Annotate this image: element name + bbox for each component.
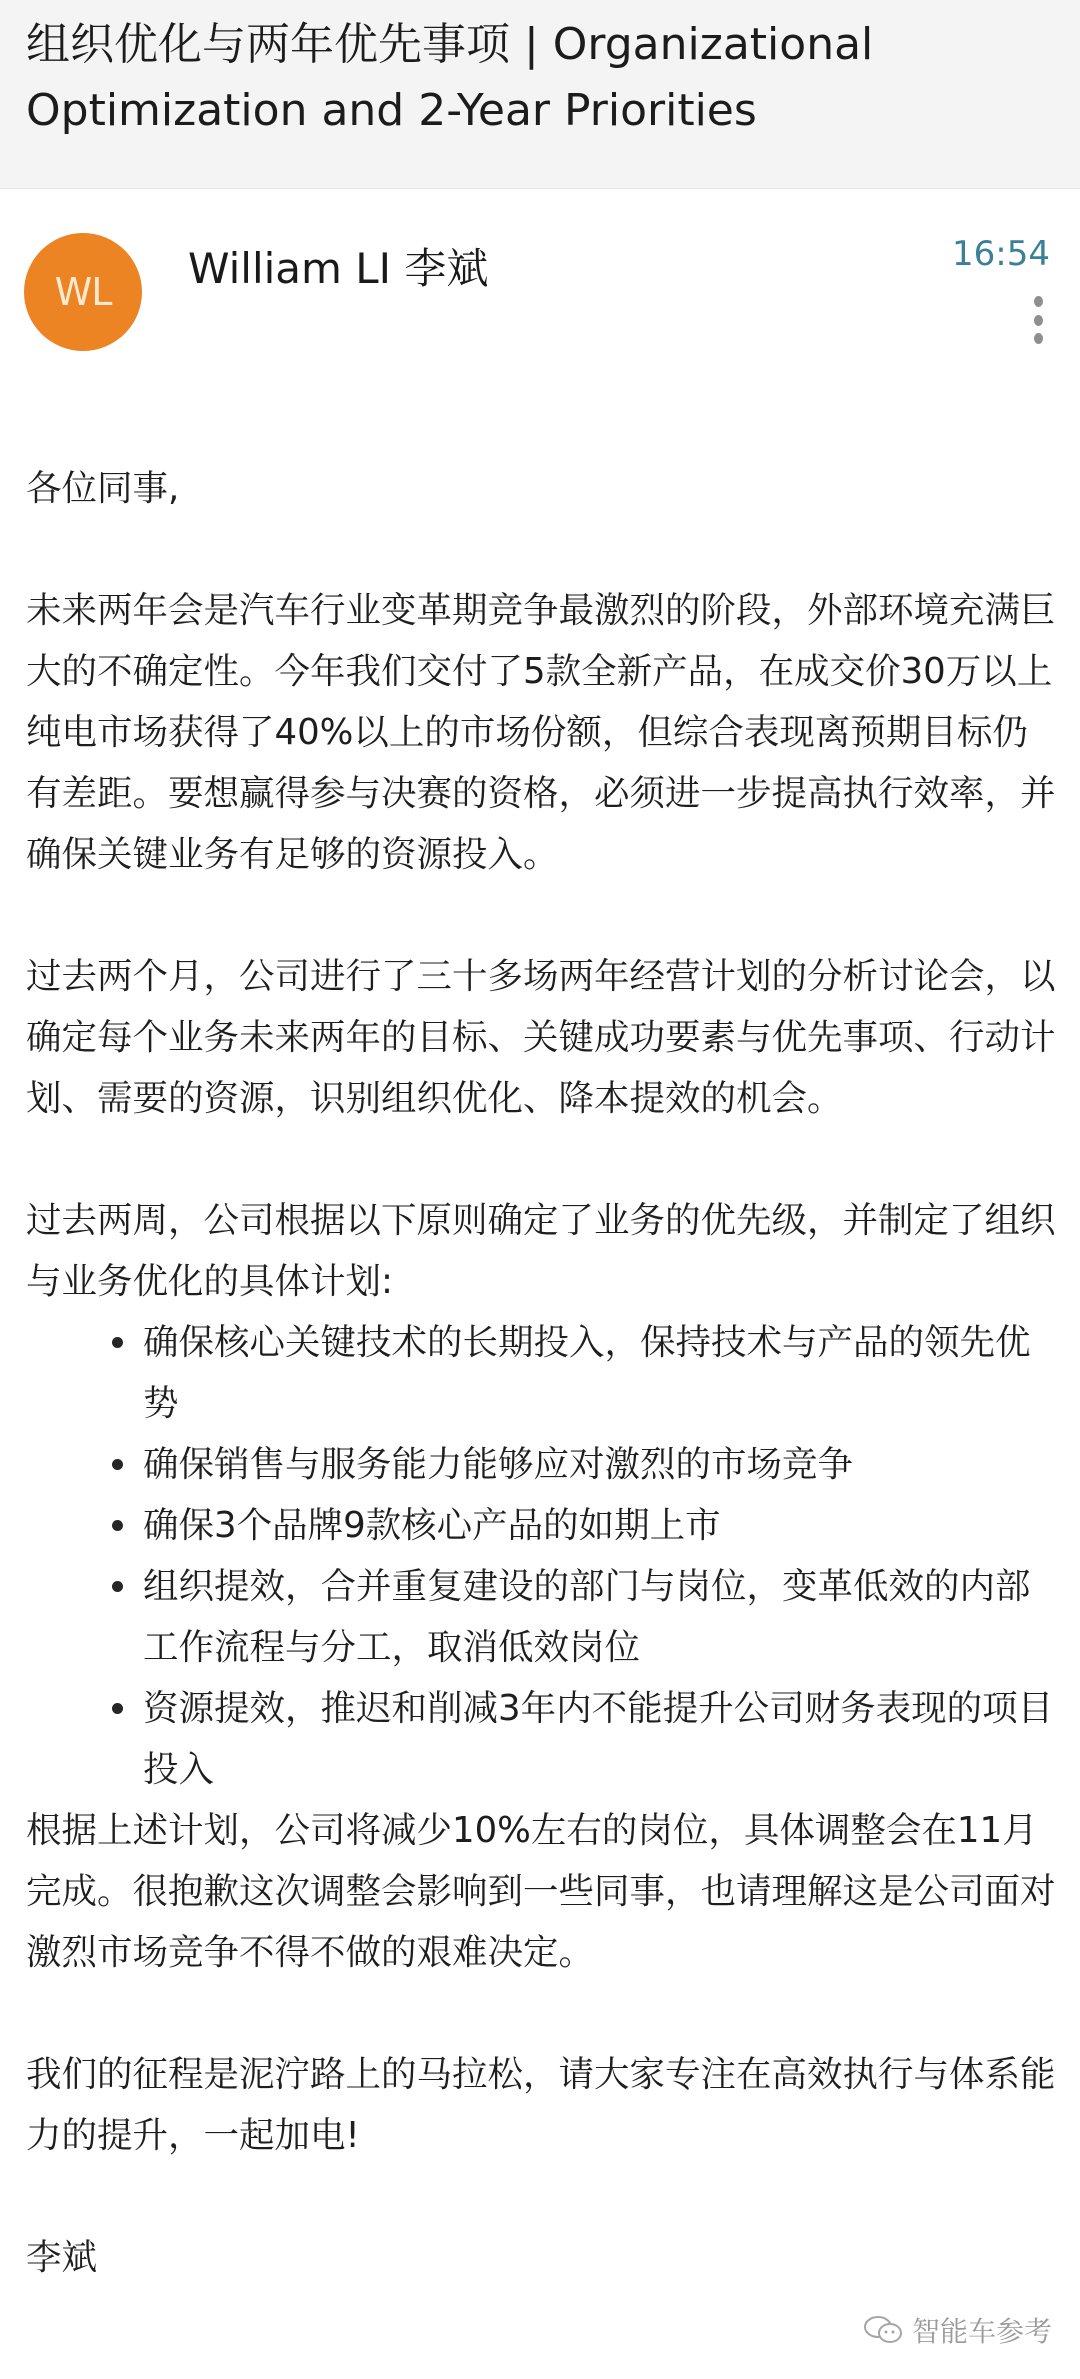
more-options-button[interactable] xyxy=(1030,296,1046,344)
watermark: 智能车参考 xyxy=(862,2310,1052,2350)
sender-name[interactable]: William LI 李斌 xyxy=(188,236,488,296)
paragraph: 过去两周，公司根据以下原则确定了业务的优先级，并制定了组织与业务优化的具体计划: xyxy=(26,1190,1056,1312)
wechat-icon xyxy=(862,2313,906,2347)
avatar[interactable]: WL xyxy=(24,233,142,351)
kebab-dot-icon xyxy=(1034,296,1043,307)
bullet-icon xyxy=(112,1520,123,1531)
list-item: 组织提效，合并重复建设的部门与岗位，变革低效的内部工作流程与分工，取消低效岗位 xyxy=(26,1556,1056,1678)
list-item: 资源提效，推迟和削减3年内不能提升公司财务表现的项目投入 xyxy=(26,1678,1056,1800)
paragraph: 过去两个月，公司进行了三十多场两年经营计划的分析讨论会，以确定每个业务未来两年的… xyxy=(26,946,1056,1129)
email-body: 各位同事, 未来两年会是汽车行业变革期竞争最激烈的阶段，外部环境充满巨大的不确定… xyxy=(26,458,1056,2288)
greeting: 各位同事, xyxy=(26,458,1056,519)
sent-time: 16:54 xyxy=(952,234,1050,274)
watermark-text: 智能车参考 xyxy=(912,2310,1052,2350)
kebab-dot-icon xyxy=(1034,315,1043,326)
paragraph: 未来两年会是汽车行业变革期竞争最激烈的阶段，外部环境充满巨大的不确定性。今年我们… xyxy=(26,580,1056,885)
signature: 李斌 xyxy=(26,2227,1056,2288)
list-item: 确保核心关键技术的长期投入，保持技术与产品的领先优势 xyxy=(26,1312,1056,1434)
email-header: 组织优化与两年优先事项 | Organizational Optimizatio… xyxy=(0,0,1080,189)
list-item: 确保销售与服务能力能够应对激烈的市场竞争 xyxy=(26,1434,1056,1495)
kebab-dot-icon xyxy=(1034,333,1043,344)
bullet-icon xyxy=(112,1459,123,1470)
paragraph: 根据上述计划，公司将减少10%左右的岗位，具体调整会在11月完成。很抱歉这次调整… xyxy=(26,1800,1056,1983)
closing-paragraph: 我们的征程是泥泞路上的马拉松，请大家专注在高效执行与体系能力的提升，一起加电! xyxy=(26,2044,1056,2166)
bullet-icon xyxy=(112,1703,123,1714)
priority-list: 确保核心关键技术的长期投入，保持技术与产品的领先优势 确保销售与服务能力能够应对… xyxy=(26,1312,1056,1800)
list-item: 确保3个品牌9款核心产品的如期上市 xyxy=(26,1495,1056,1556)
bullet-icon xyxy=(112,1581,123,1592)
bullet-icon xyxy=(112,1337,123,1348)
avatar-initials: WL xyxy=(55,270,112,314)
email-subject: 组织优化与两年优先事项 | Organizational Optimizatio… xyxy=(26,12,1056,144)
